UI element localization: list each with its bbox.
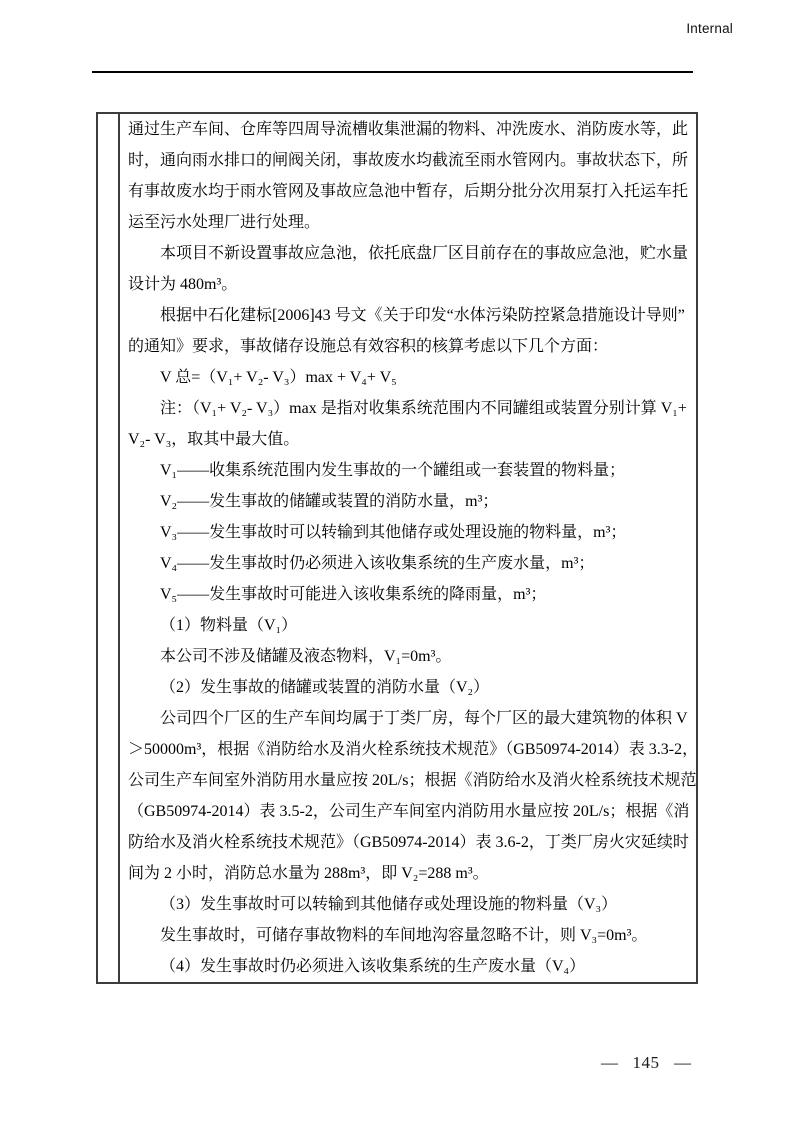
text-line: 公司生产车间室外消防用水量应按 20L/s；根据《消防给水及消火栓系统技术规范》 xyxy=(128,765,689,796)
text-line: V 总=（V₁+ V₂- V₃）max + V₄+ V₅ xyxy=(128,362,689,393)
text-line: 本项目不新设置事故应急池，依托底盘厂区目前存在的事故应急池，贮水量 xyxy=(128,238,689,269)
text-line: 运至污水处理厂进行处理。 xyxy=(128,207,689,238)
text-line: 公司四个厂区的生产车间均属于丁类厂房，每个厂区的最大建筑物的体积 V xyxy=(128,703,689,734)
text-line: （1）物料量（V₁） xyxy=(128,610,689,641)
text-line: V₂——发生事故的储罐或装置的消防水量，m³； xyxy=(128,486,689,517)
internal-watermark-label: Internal xyxy=(686,21,733,36)
text-line: 的通知》要求，事故储存设施总有效容积的核算考虑以下几个方面： xyxy=(128,331,689,362)
text-line: 通过生产车间、仓库等四周导流槽收集泄漏的物料、冲洗废水、消防废水等，此 xyxy=(128,114,689,145)
text-line: ＞50000m³，根据《消防给水及消火栓系统技术规范》（GB50974-2014… xyxy=(128,734,689,765)
text-line: V₅——发生事故时可能进入该收集系统的降雨量，m³； xyxy=(128,579,689,610)
text-line: 本公司不涉及储罐及液态物料，V₁=0m³。 xyxy=(128,641,689,672)
text-line: V₁——收集系统范围内发生事故的一个罐组或一套装置的物料量； xyxy=(128,455,689,486)
text-line: 根据中石化建标[2006]43 号文《关于印发“水体污染防控紧急措施设计导则” xyxy=(128,300,689,331)
text-line: 发生事故时，可储存事故物料的车间地沟容量忽略不计，则 V₃=0m³。 xyxy=(128,920,689,951)
table-gutter-cell xyxy=(98,114,120,982)
text-line: 防给水及消火栓系统技术规范》（GB50974-2014）表 3.6-2，丁类厂房… xyxy=(128,827,689,858)
text-line: （GB50974-2014）表 3.5-2，公司生产车间室内消防用水量应按 20… xyxy=(128,796,689,827)
content-table: 通过生产车间、仓库等四周导流槽收集泄漏的物料、冲洗废水、消防废水等，此 时，通向… xyxy=(96,112,698,984)
document-page: Internal 通过生产车间、仓库等四周导流槽收集泄漏的物料、冲洗废水、消防废… xyxy=(0,0,793,1122)
page-footer: — 145 — xyxy=(601,1051,691,1075)
text-line: V₂- V₃，取其中最大值。 xyxy=(128,424,689,455)
text-line: 时，通向雨水排口的闸阀关闭，事故废水均截流至雨水管网内。事故状态下，所 xyxy=(128,145,689,176)
text-line: （3）发生事故时可以转输到其他储存或处理设施的物料量（V₃） xyxy=(128,889,689,920)
page-number: 145 xyxy=(633,1053,660,1073)
text-line: （2）发生事故的储罐或装置的消防水量（V₂） xyxy=(128,672,689,703)
footer-right-dash: — xyxy=(674,1053,691,1073)
header-rule xyxy=(92,71,693,73)
text-line: 注：（V₁+ V₂- V₃）max 是指对收集系统范围内不同罐组或装置分别计算 … xyxy=(128,393,689,424)
text-line: 有事故废水均于雨水管网及事故应急池中暂存，后期分批分次用泵打入托运车托 xyxy=(128,176,689,207)
footer-left-dash: — xyxy=(601,1053,618,1073)
text-line: V₄——发生事故时仍必须进入该收集系统的生产废水量，m³； xyxy=(128,548,689,579)
text-line: 设计为 480m³。 xyxy=(128,269,689,300)
text-line: V₃——发生事故时可以转输到其他储存或处理设施的物料量，m³； xyxy=(128,517,689,548)
text-line: 间为 2 小时，消防总水量为 288m³，即 V₂=288 m³。 xyxy=(128,858,689,889)
text-line: （4）发生事故时仍必须进入该收集系统的生产废水量（V₄） xyxy=(128,951,689,982)
table-content-cell: 通过生产车间、仓库等四周导流槽收集泄漏的物料、冲洗废水、消防废水等，此 时，通向… xyxy=(120,114,696,982)
